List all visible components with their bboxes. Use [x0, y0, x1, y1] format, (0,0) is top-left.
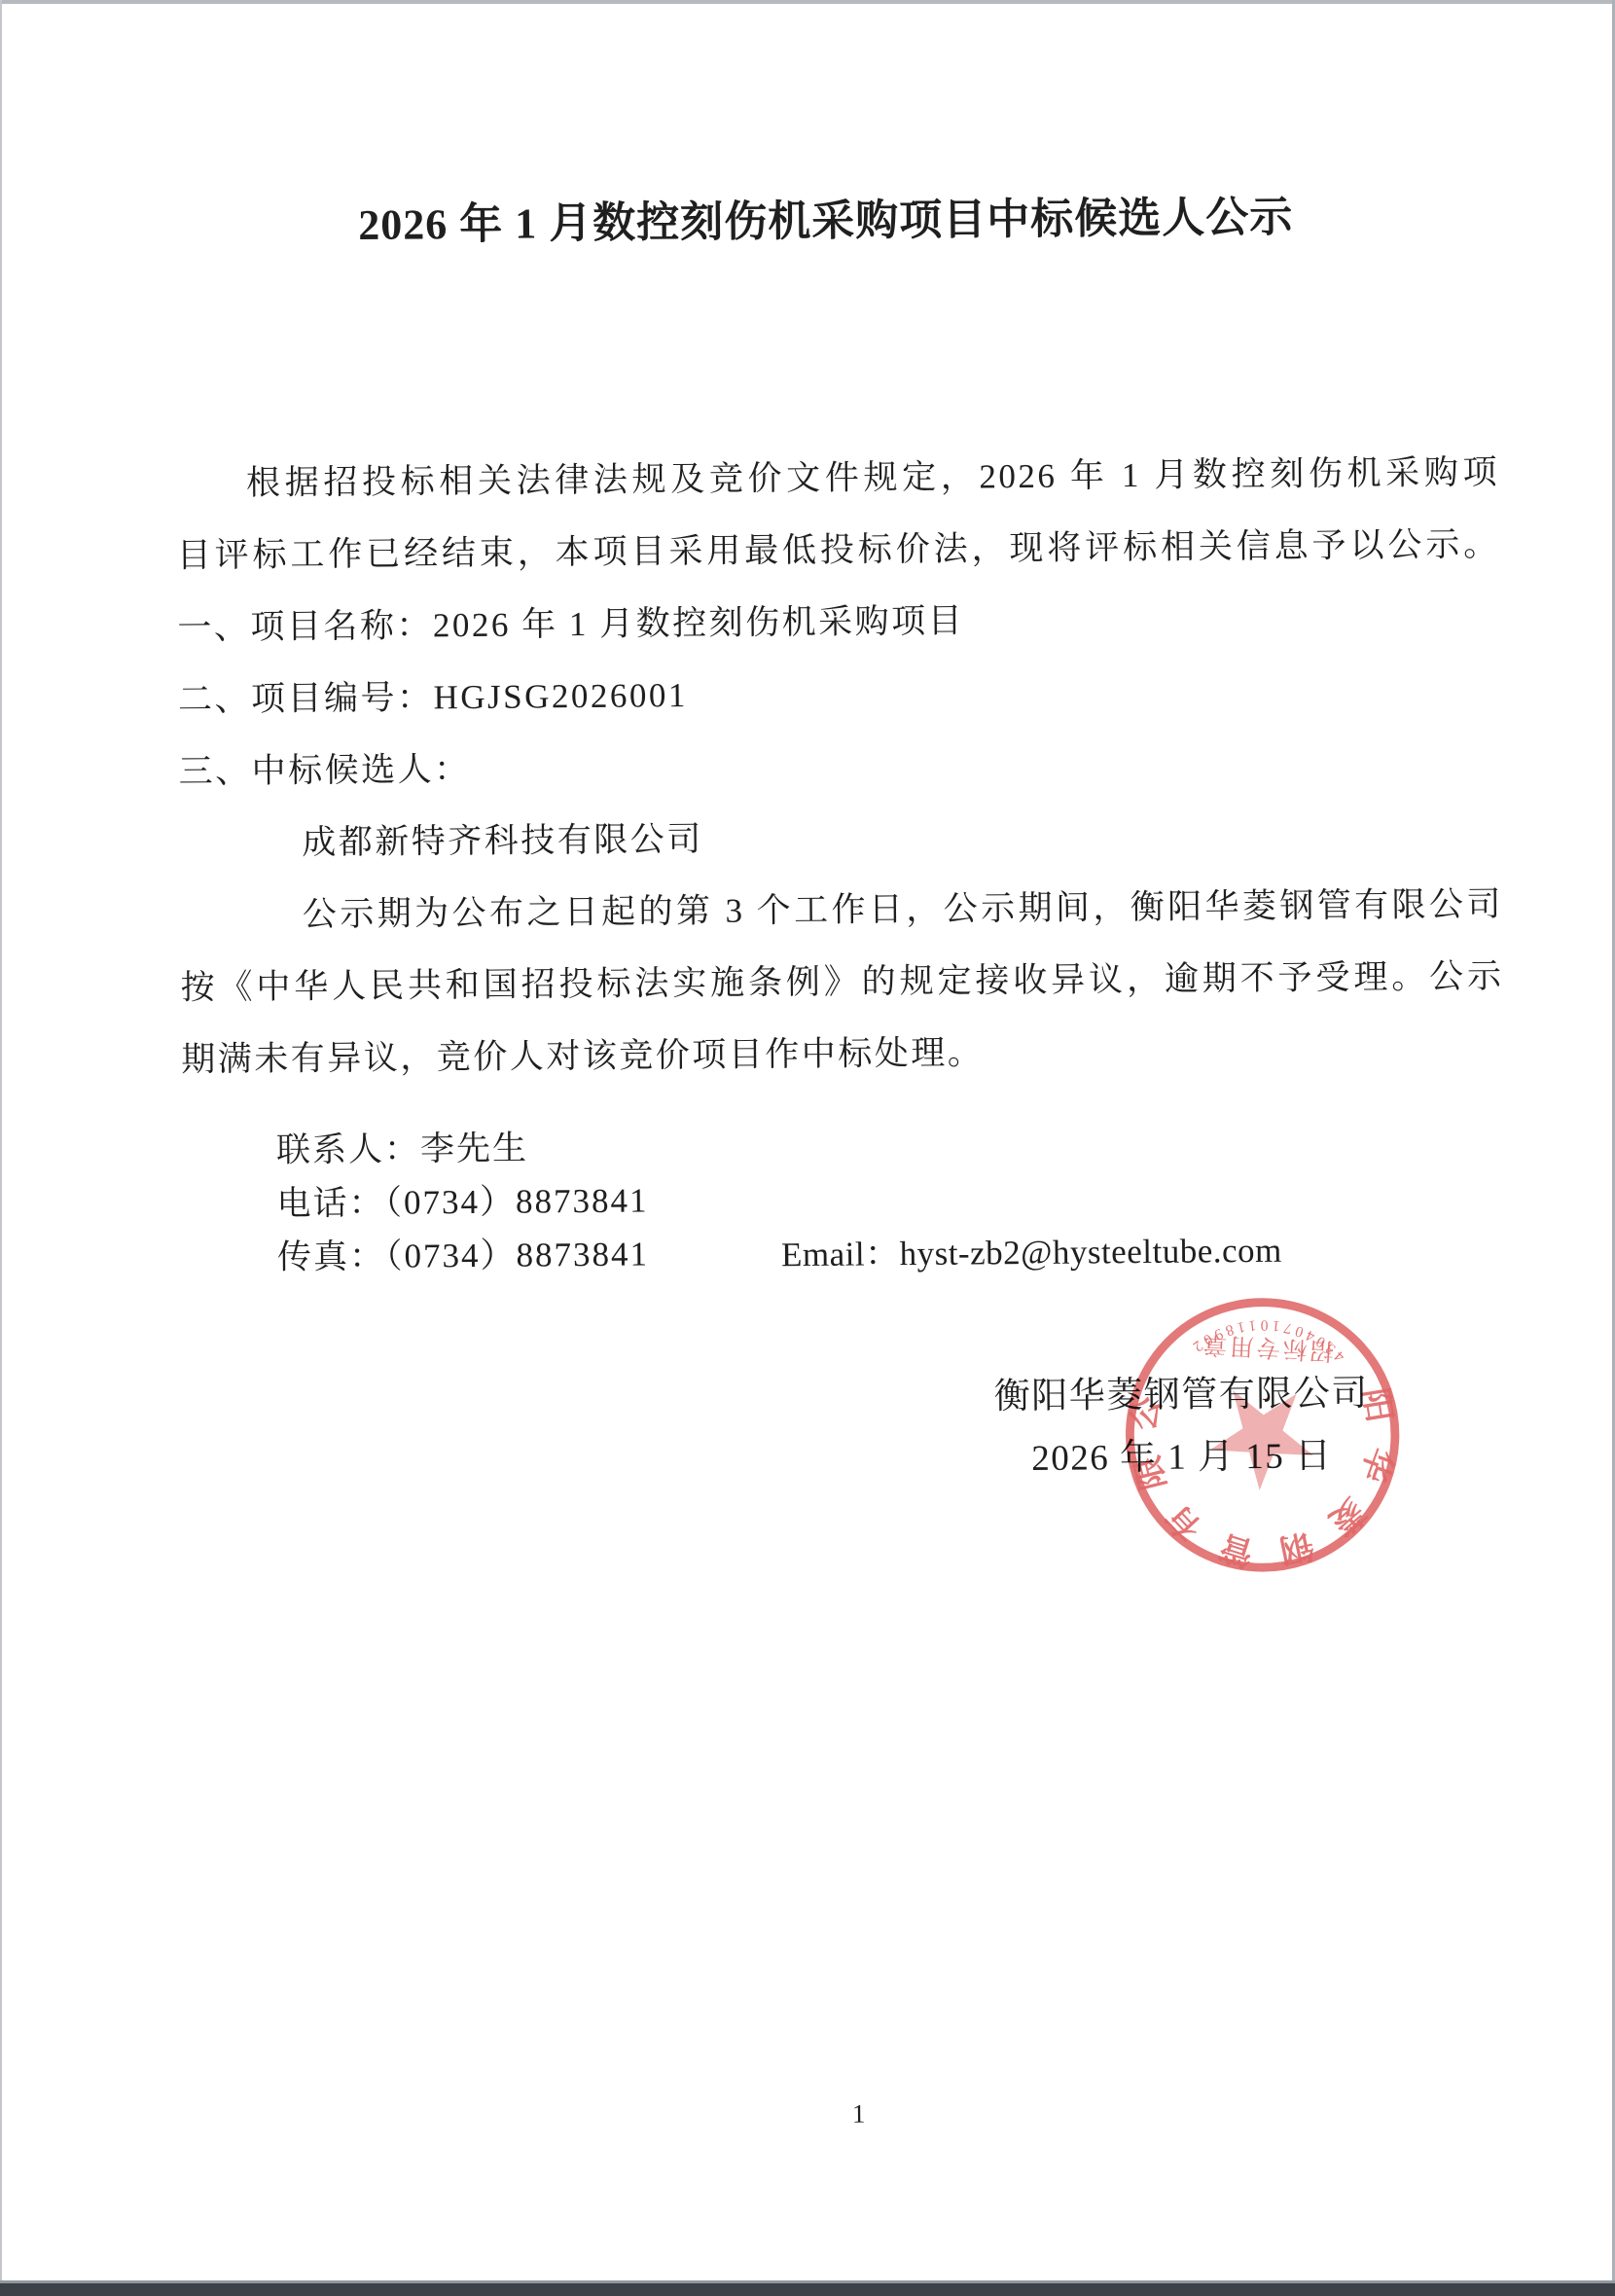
winning-candidate: 成都新特齐科技有限公司	[179, 797, 1503, 880]
contact-person: 联系人：李先生	[276, 1120, 648, 1176]
document-body: 根据招投标相关法律法规及竞价文件规定，2026 年 1 月数控刻伤机采购项 目评…	[176, 437, 1505, 1096]
seal-graphic: 衡阳华菱钢管有限公司 43040710118902 招标专用章	[1112, 1282, 1413, 1587]
notice-paragraph-line: 期满未有异议，竞价人对该竞价项目作中标处理。	[181, 1013, 1505, 1096]
notice-paragraph-line: 公示期为公布之日起的第 3 个工作日，公示期间，衡阳华菱钢管有限公司	[180, 869, 1504, 952]
contact-fax-row: 传真：（0734）8873841 Email：hyst-zb2@hysteelt…	[277, 1227, 649, 1283]
item-project-name: 一、项目名称：2026 年 1 月数控刻伤机采购项目	[177, 581, 1501, 664]
document-title: 2026 年 1 月数控刻伤机采购项目中标候选人公示	[18, 190, 1615, 254]
contact-info: 联系人：李先生 电话：（0734）8873841 传真：（0734）887384…	[276, 1120, 649, 1283]
notice-paragraph-line: 按《中华人民共和国招投标法实施条例》的规定接收异议，逾期不予受理。公示	[180, 941, 1504, 1024]
contact-phone: 电话：（0734）8873841	[276, 1173, 648, 1230]
page-number: 1	[52, 2092, 1615, 2135]
seal-company-name: 衡阳华菱钢管有限公司	[1115, 1372, 1413, 1587]
company-seal-stamp: 衡阳华菱钢管有限公司 43040710118902 招标专用章	[1118, 1289, 1407, 1582]
document-content: 2026 年 1 月数控刻伤机采购项目中标候选人公示 根据招投标相关法律法规及竞…	[0, 0, 1615, 2296]
seal-star-icon	[1208, 1389, 1316, 1492]
item-candidates-label: 三、中标候选人：	[178, 725, 1502, 808]
contact-email: Email：hyst-zb2@hysteeltube.com	[781, 1224, 1282, 1281]
svg-text:衡阳华菱钢管有限公司: 衡阳华菱钢管有限公司	[1115, 1372, 1413, 1587]
intro-paragraph-line: 根据招投标相关法律法规及竞价文件规定，2026 年 1 月数控刻伤机采购项	[176, 437, 1500, 520]
contact-fax: 传真：（0734）8873841	[277, 1235, 649, 1275]
intro-paragraph-line: 目评标工作已经结束，本项目采用最低投标价法，现将评标相关信息予以公示。	[176, 509, 1500, 592]
scanned-document-page: 2026 年 1 月数控刻伤机采购项目中标候选人公示 根据招投标相关法律法规及竞…	[0, 0, 1615, 2296]
item-project-number: 二、项目编号：HGJSG2026001	[178, 653, 1502, 736]
